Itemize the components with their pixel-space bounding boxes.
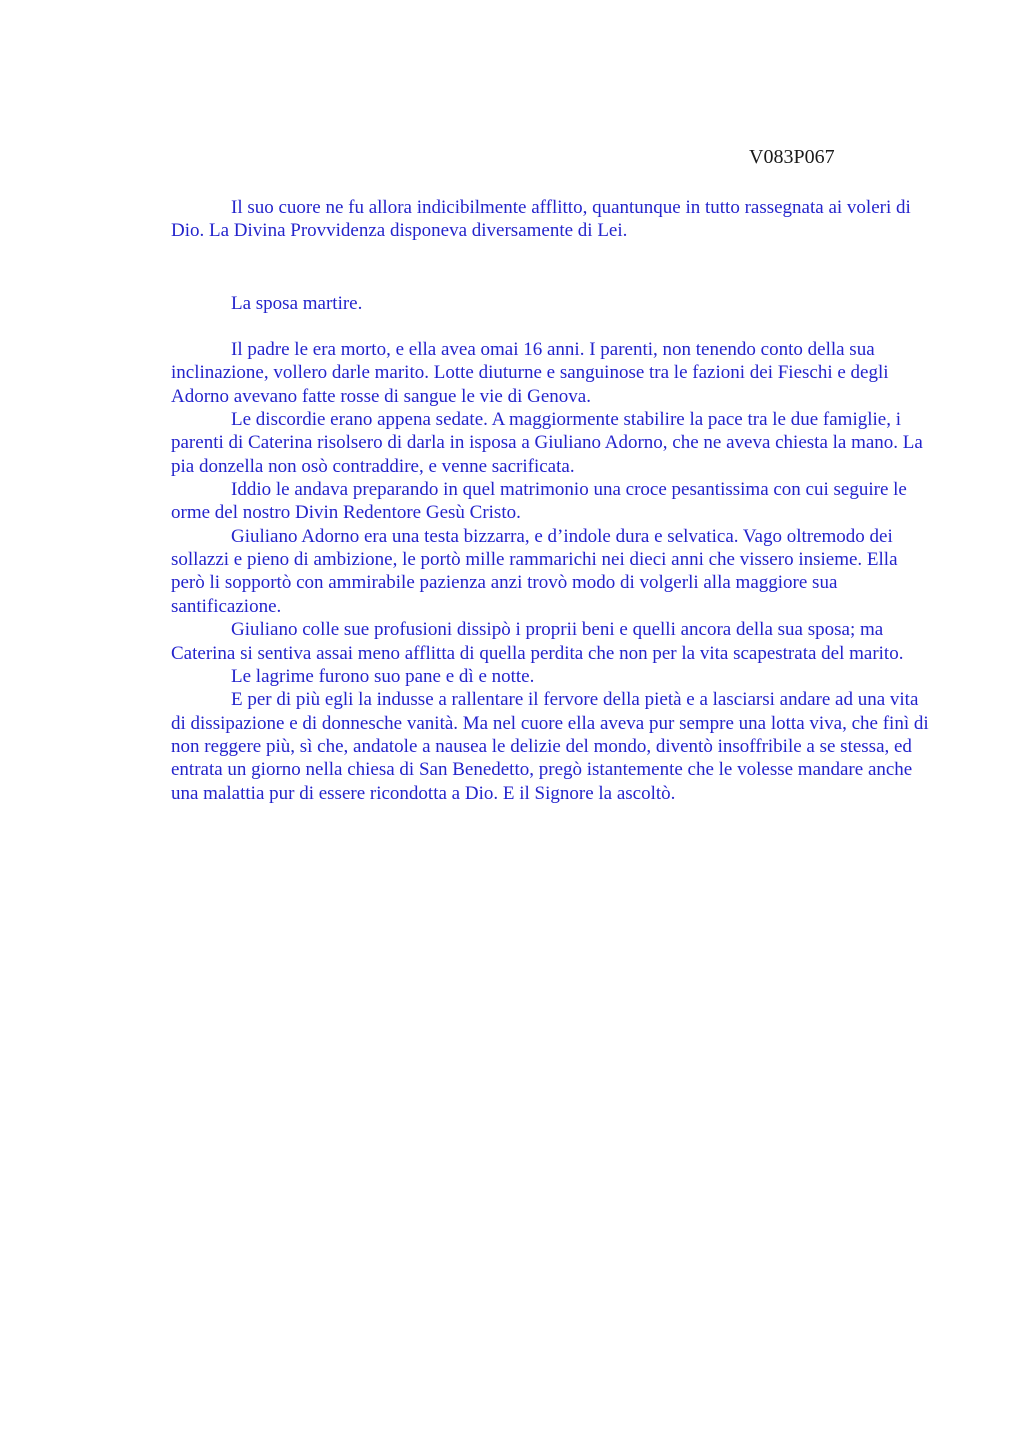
- document-page: V083P067 Il suo cuore ne fu allora indic…: [0, 0, 1024, 1450]
- paragraph: Le discordie erano appena sedate. A magg…: [171, 408, 933, 478]
- paragraph-intro: Il suo cuore ne fu allora indicibilmente…: [171, 196, 933, 243]
- paragraph: E per di più egli la indusse a rallentar…: [171, 688, 933, 805]
- paragraph: Iddio le andava preparando in quel matri…: [171, 478, 933, 525]
- section-heading: La sposa martire.: [171, 292, 933, 315]
- paragraph: Il padre le era morto, e ella avea omai …: [171, 338, 933, 408]
- paragraph: Giuliano colle sue profusioni dissipò i …: [171, 618, 933, 665]
- page-code: V083P067: [749, 146, 835, 169]
- document-body: Il suo cuore ne fu allora indicibilmente…: [171, 196, 933, 805]
- paragraph: Le lagrime furono suo pane e dì e notte.: [171, 665, 933, 688]
- paragraph: Giuliano Adorno era una testa bizzarra, …: [171, 525, 933, 618]
